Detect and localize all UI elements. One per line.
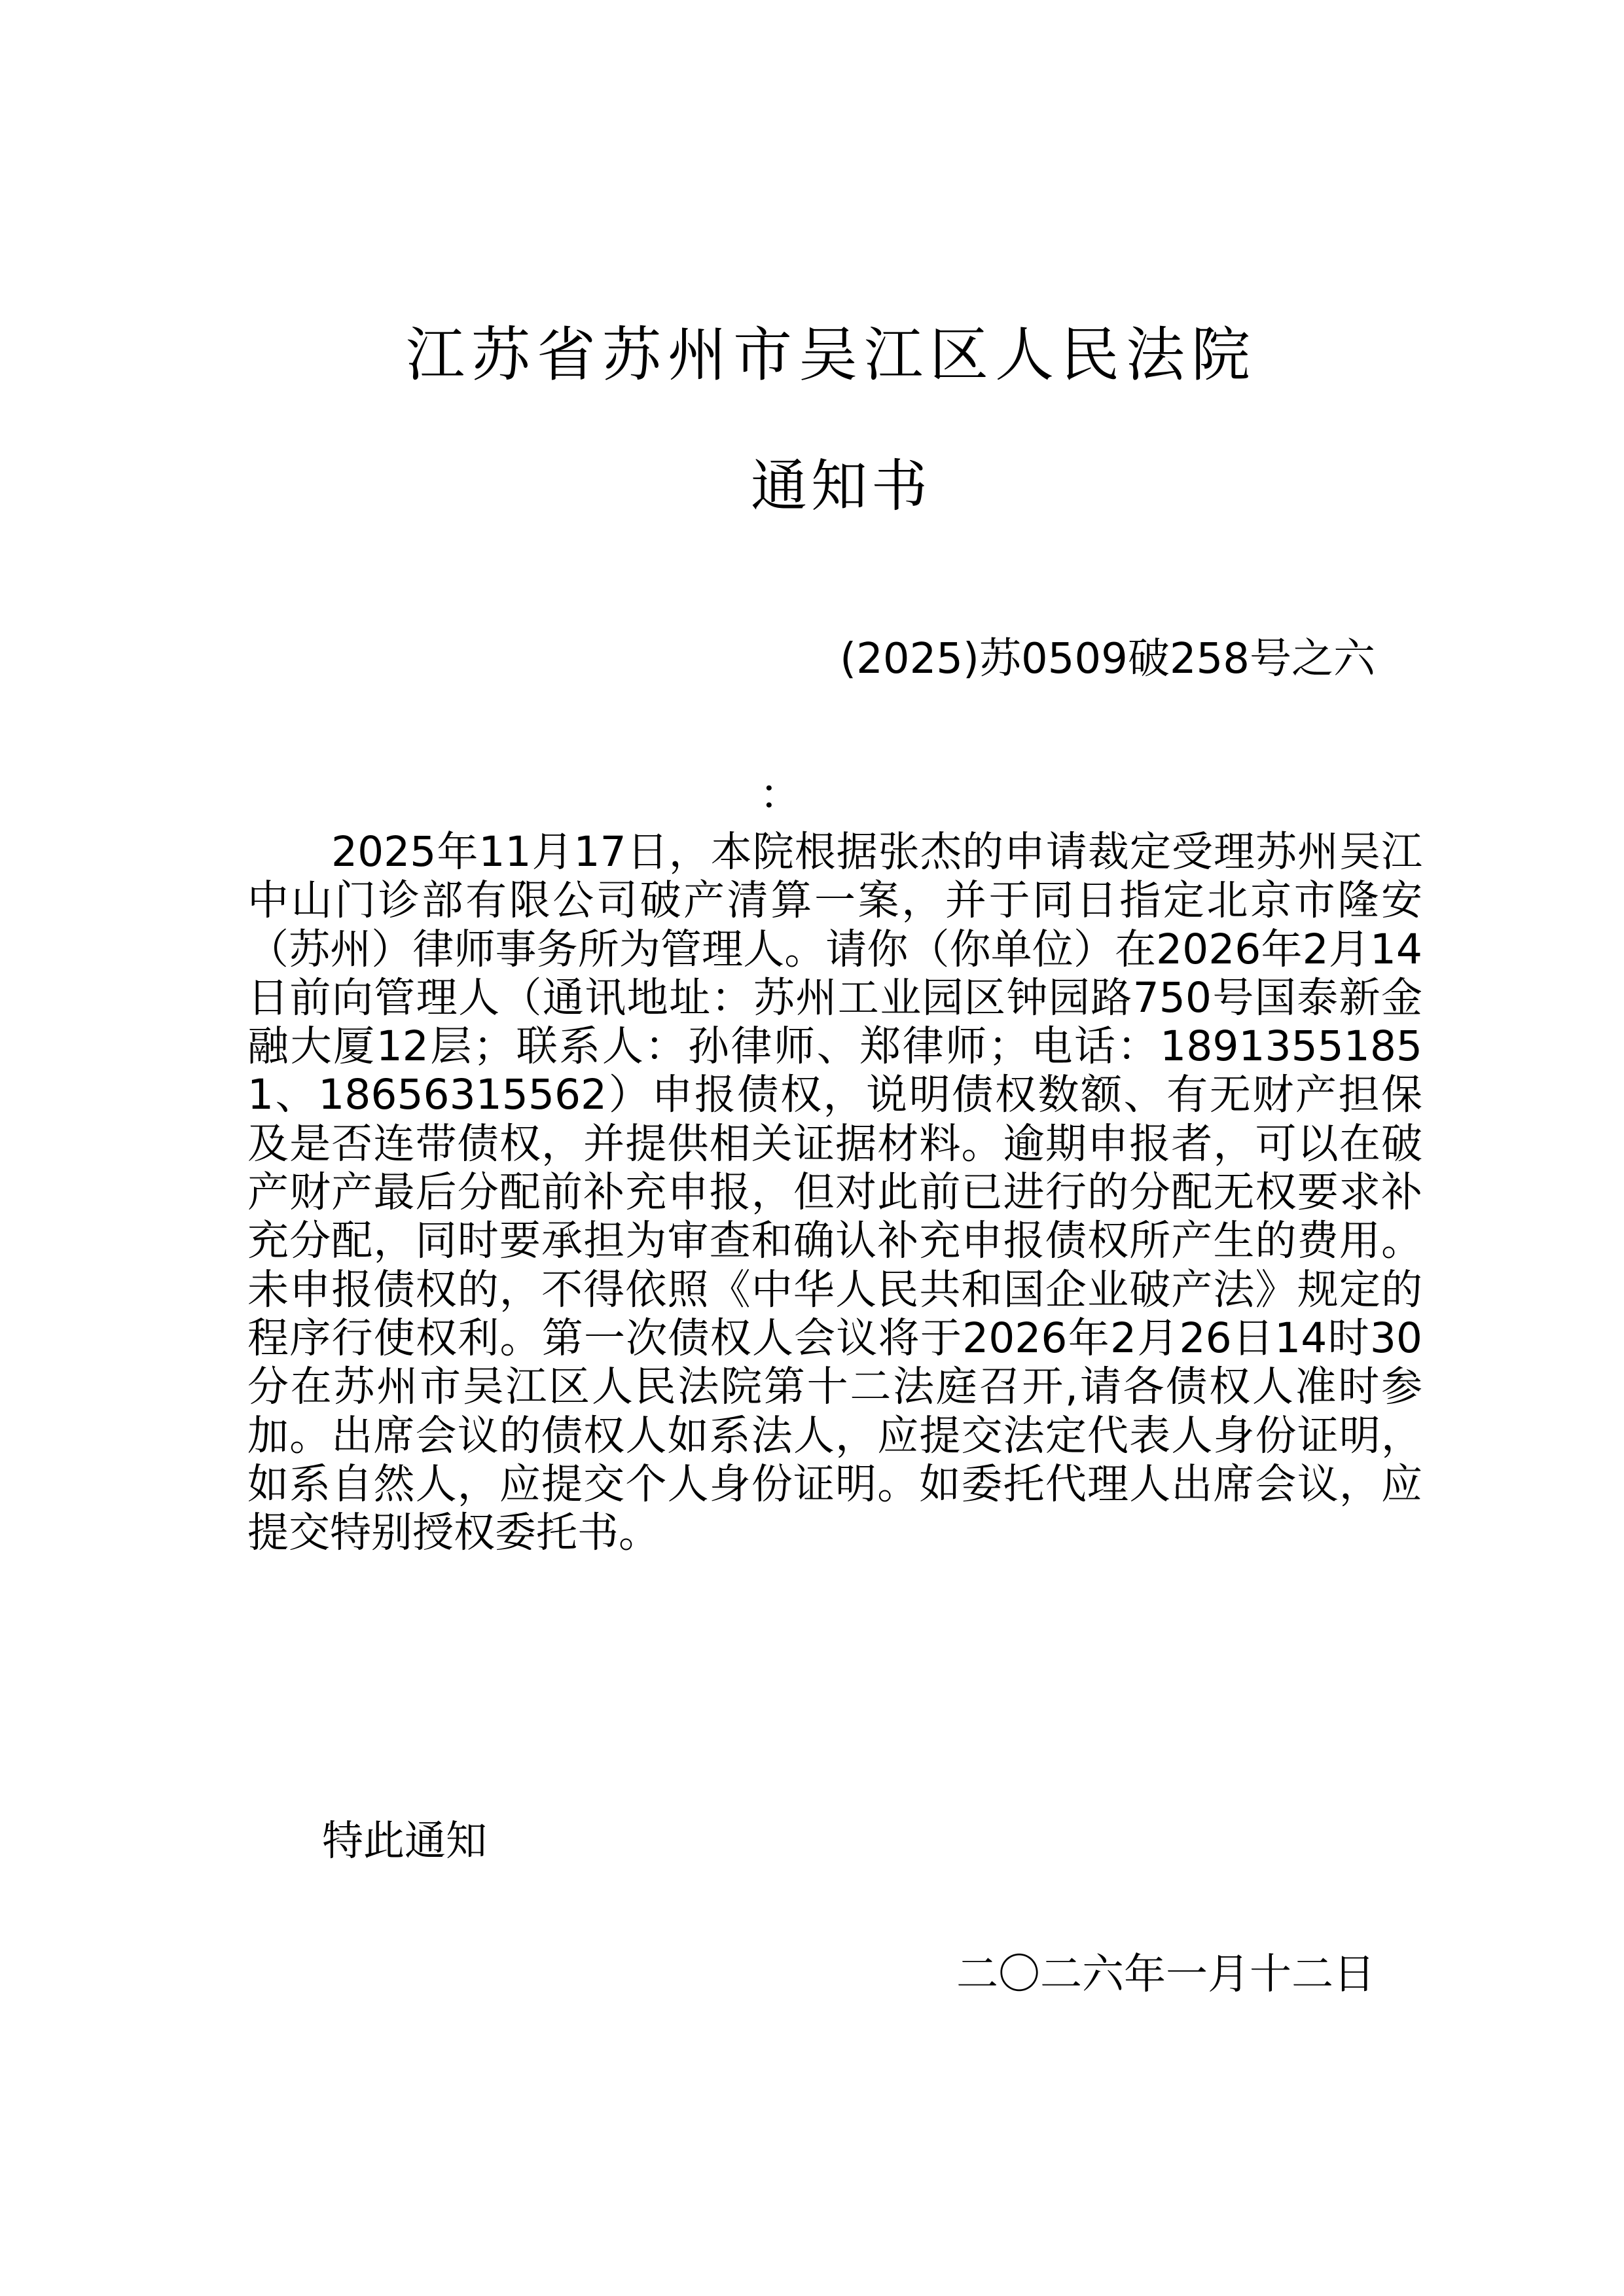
addressee-line: ： [759, 766, 801, 825]
closing-phrase: 特此通知 [322, 1812, 487, 1871]
notice-body-paragraph: 2025年11月17日，本院根据张杰的申请裁定受理苏州吴江中山门诊部有限公司破产… [247, 828, 1422, 1557]
court-name-heading: 江苏省苏州市吴江区人民法院 [406, 319, 1244, 391]
document-title: 通知书 [720, 450, 962, 522]
case-number: (2025)苏0509破258号之六 [840, 630, 1375, 689]
document-page: 江苏省苏州市吴江区人民法院 通知书 (2025)苏0509破258号之六 ： 2… [0, 0, 1624, 2296]
issue-date: 二〇二六年一月十二日 [956, 1945, 1375, 2004]
